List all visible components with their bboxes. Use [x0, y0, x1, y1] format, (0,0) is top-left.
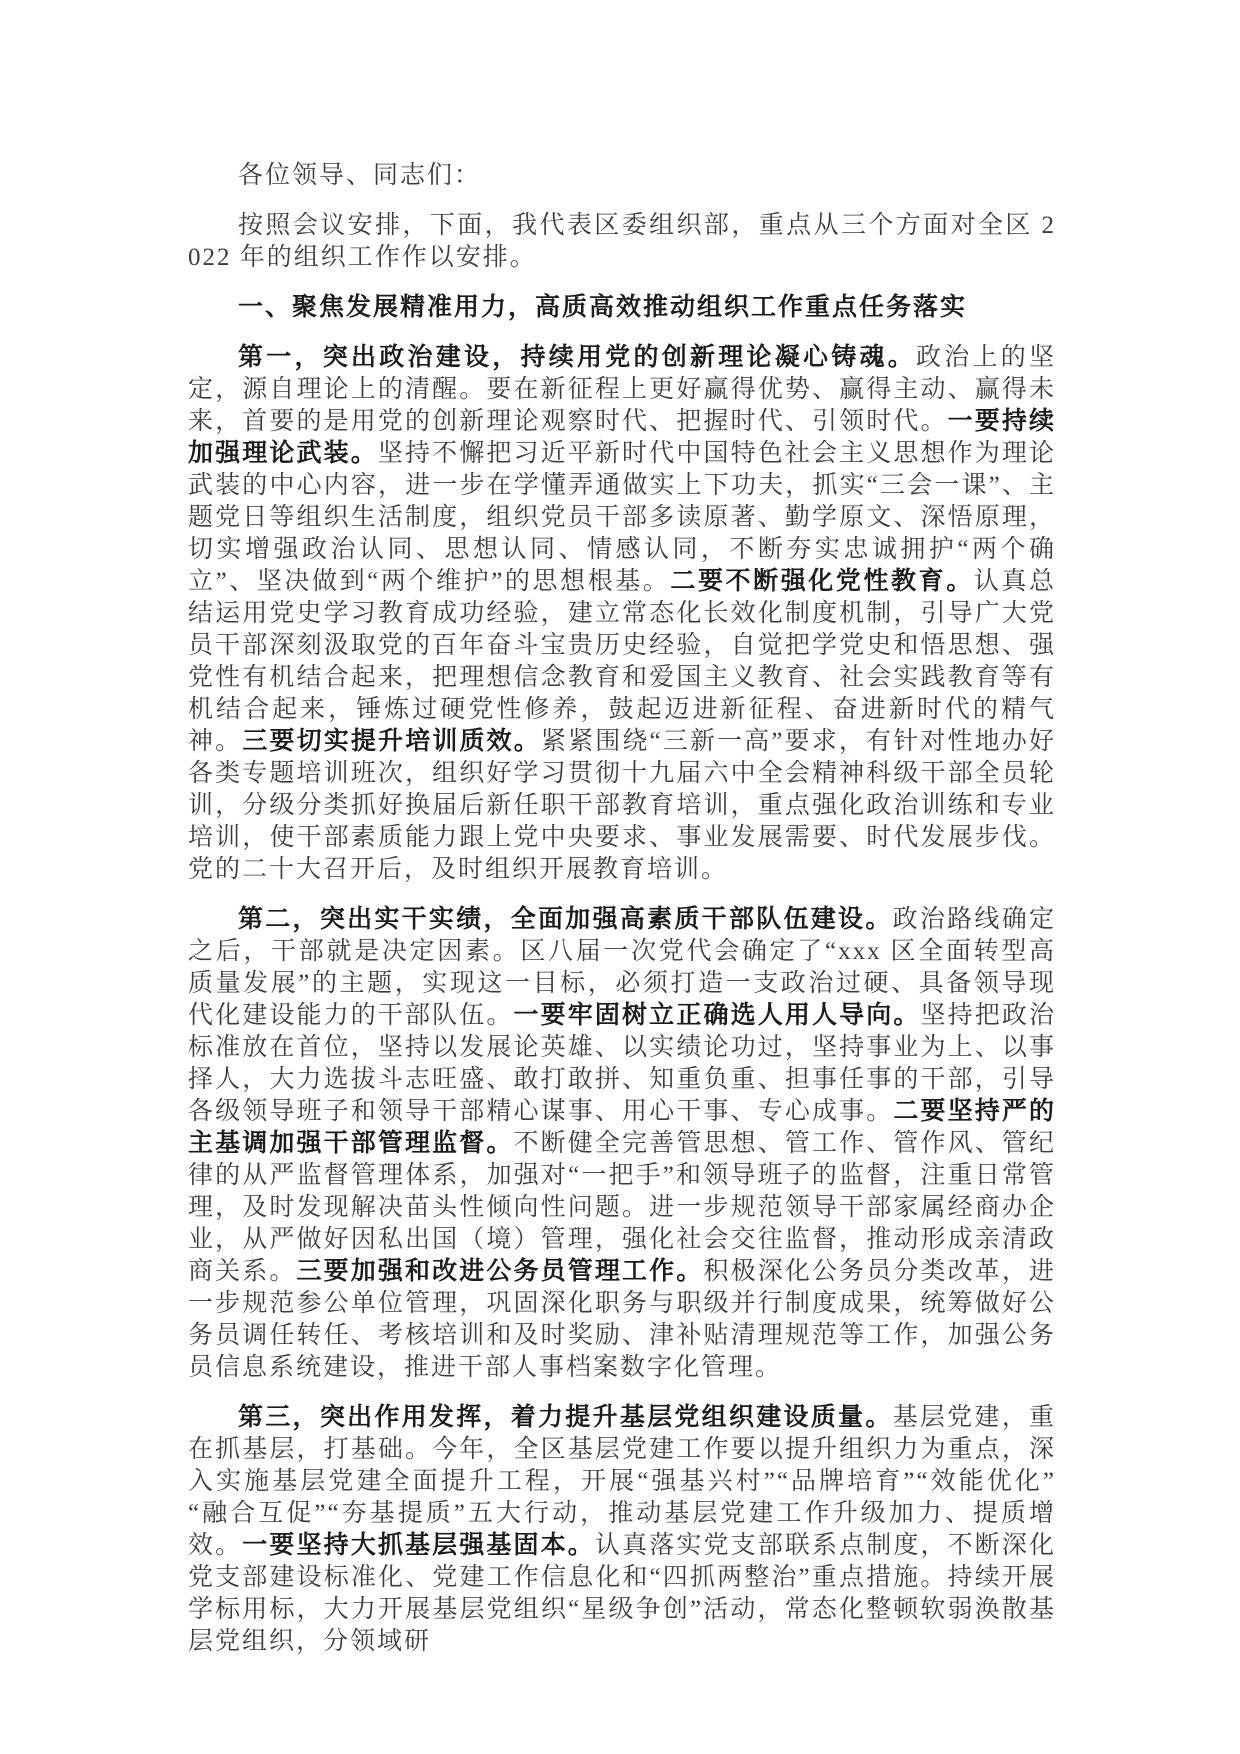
text-run: 认真总结运用党史学习教育成功经验，建立常态化长效化制度机制，引导广大党员干部深刻… [188, 568, 1056, 755]
bold-run: 三要切实提升培训质效。 [242, 728, 541, 755]
bold-run: 三要加强和改进公务员管理工作。 [297, 1258, 704, 1285]
paragraph-point-3: 第三，突出作用发挥，着力提升基层党组织建设质量。基层党建，重在抓基层，打基础。今… [188, 1402, 1056, 1658]
bold-run: 第三，突出作用发挥，着力提升基层党组织建设质量。 [238, 1404, 893, 1431]
paragraph-point-2: 第二，突出实干实绩，全面加强高素质干部队伍建设。政治路线确定之后，干部就是决定因… [188, 904, 1056, 1384]
bold-run: 第一，突出政治建设，持续用党的创新理论凝心铸魂。 [238, 344, 916, 371]
bold-run: 一要牢固树立正确选人用人导向。 [514, 1002, 921, 1029]
document-page: 各位领导、同志们： 按照会议安排，下面，我代表区委组织部，重点从三个方面对全区 … [0, 0, 1240, 1754]
bold-run: 一要坚持大抓基层强基固本。 [242, 1532, 595, 1559]
intro-paragraph: 按照会议安排，下面，我代表区委组织部，重点从三个方面对全区 2022 年的组织工… [188, 210, 1056, 274]
section-1-heading: 一、聚焦发展精准用力，高质高效推动组织工作重点任务落实 [188, 292, 1056, 324]
salutation: 各位领导、同志们： [188, 160, 1056, 192]
paragraph-point-1: 第一，突出政治建设，持续用党的创新理论凝心铸魂。政治上的坚定，源自理论上的清醒。… [188, 342, 1056, 886]
bold-run: 第二，突出实干实绩，全面加强高素质干部队伍建设。 [238, 906, 893, 933]
bold-run: 二要不断强化党性教育。 [670, 568, 973, 595]
